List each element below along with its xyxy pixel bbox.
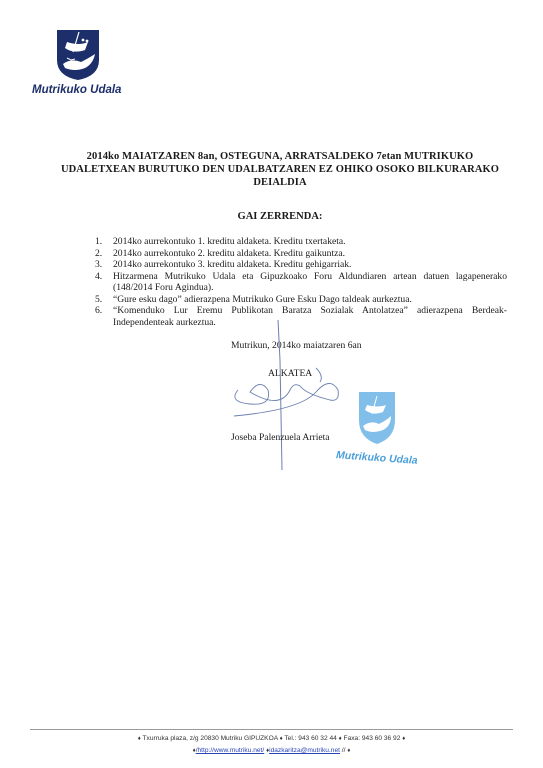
agenda-item-number: 3. bbox=[95, 259, 113, 271]
footer-line-1: ♦ Txurruka plaza, z/g 20830 Mutriku GIPU… bbox=[0, 733, 543, 745]
agenda-item-number: 2. bbox=[95, 248, 113, 260]
handwritten-signature-icon bbox=[220, 320, 360, 470]
website-link[interactable]: /http://www.mutriku.net/ bbox=[196, 747, 265, 754]
document-title: 2014ko MAIATZAREN 8an, OSTEGUNA, ARRATSA… bbox=[60, 150, 500, 189]
agenda-item: 4.Hitzarmena Mutrikuko Udala eta Gipuzko… bbox=[95, 271, 507, 294]
agenda-item-text: 2014ko aurrekontuko 2. kreditu aldaketa.… bbox=[113, 248, 507, 260]
agenda-item-number: 1. bbox=[95, 236, 113, 248]
footer-divider bbox=[30, 729, 513, 730]
agenda-list: 1.2014ko aurrekontuko 1. kreditu aldaket… bbox=[95, 236, 507, 328]
agenda-item-text: “Gure esku dago” adierazpena Mutrikuko G… bbox=[113, 294, 507, 306]
agenda-item-text: 2014ko aurrekontuko 1. kreditu aldaketa.… bbox=[113, 236, 507, 248]
official-stamp-icon bbox=[355, 390, 399, 446]
agenda-item-text: 2014ko aurrekontuko 3. kreditu aldaketa.… bbox=[113, 259, 507, 271]
agenda-item-text: Hitzarmena Mutrikuko Udala eta Gipuzkoak… bbox=[113, 271, 507, 294]
bullet-diamond-icon: ♦ bbox=[347, 748, 350, 754]
municipality-logo: Mutrikuko Udala bbox=[38, 28, 118, 96]
footer-phone: Tel.: 943 60 32 44 bbox=[284, 735, 336, 742]
footer-address: Txurruka plaza, z/g 20830 Mutriku GIPUZK… bbox=[143, 735, 278, 742]
bullet-diamond-icon: ♦ bbox=[138, 736, 141, 742]
agenda-item-number: 4. bbox=[95, 271, 113, 294]
agenda-item: 2.2014ko aurrekontuko 2. kreditu aldaket… bbox=[95, 248, 507, 260]
footer-trailer: // bbox=[342, 747, 346, 754]
bullet-diamond-icon: ♦ bbox=[402, 736, 405, 742]
signer-name: Joseba Palenzuela Arrieta bbox=[231, 432, 330, 443]
agenda-heading: GAI ZERRENDA: bbox=[60, 211, 500, 222]
agenda-item: 1.2014ko aurrekontuko 1. kreditu aldaket… bbox=[95, 236, 507, 248]
title-line-2: UDALETXEAN BURUTUKO DEN UDALBATZAREN EZ … bbox=[60, 163, 500, 176]
bullet-diamond-icon: ♦ bbox=[339, 736, 342, 742]
mutriku-coat-of-arms-icon bbox=[55, 28, 101, 82]
bullet-diamond-icon: ♦ bbox=[280, 736, 283, 742]
agenda-item: 5.“Gure esku dago” adierazpena Mutrikuko… bbox=[95, 294, 507, 306]
logo-text: Mutrikuko Udala bbox=[32, 84, 118, 96]
footer-fax: Faxa: 943 60 36 92 bbox=[344, 735, 401, 742]
email-link[interactable]: idazkaritza@mutriku.net bbox=[269, 747, 340, 754]
footer-line-2: ♦/http://www.mutriku.net/ ♦idazkaritza@m… bbox=[0, 745, 543, 757]
title-line-1: 2014ko MAIATZAREN 8an, OSTEGUNA, ARRATSA… bbox=[60, 150, 500, 163]
agenda-item-number: 6. bbox=[95, 305, 113, 328]
agenda-item-number: 5. bbox=[95, 294, 113, 306]
footer: ♦ Txurruka plaza, z/g 20830 Mutriku GIPU… bbox=[0, 733, 543, 757]
agenda-item: 3.2014ko aurrekontuko 3. kreditu aldaket… bbox=[95, 259, 507, 271]
title-line-3: DEIALDIA bbox=[60, 176, 500, 189]
